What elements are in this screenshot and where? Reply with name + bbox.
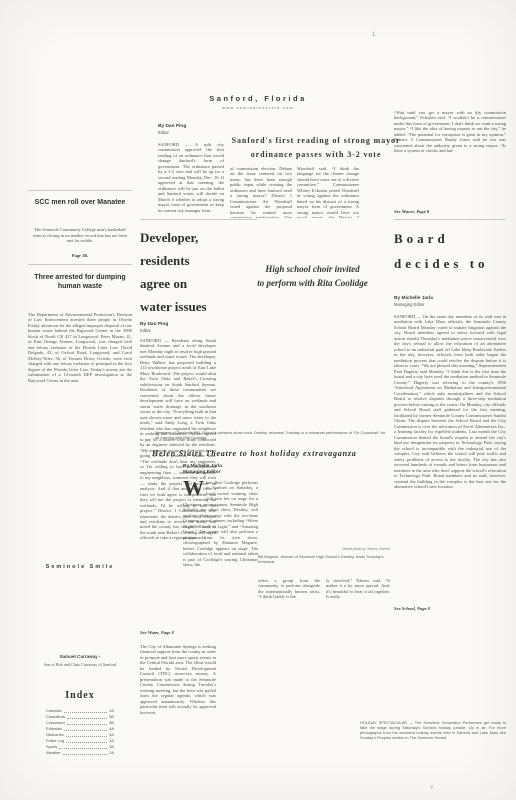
smile-photo-name: Samuel Carraway - bbox=[28, 654, 132, 659]
top-story-column-4: “Wait until you get a mayor with an iffy… bbox=[394, 110, 506, 206]
feature-drop-cap: W bbox=[183, 480, 206, 497]
board-byline-role: Managing Editor bbox=[394, 302, 484, 307]
index-dot-leader bbox=[64, 712, 107, 713]
board-body: SANFORD — On the same day members of its… bbox=[394, 314, 506, 602]
maguire-photo-caption: Bill Maguire, director of Seminole High … bbox=[258, 554, 390, 564]
index-entry-page: 2A bbox=[109, 750, 114, 756]
top-story-lead-column: SANFORD — A split city commission approv… bbox=[158, 142, 224, 218]
fold-mark: V bbox=[430, 786, 434, 791]
board-headline-line2: decides to bbox=[394, 251, 512, 276]
scc-blurb: The Seminole Community College men's bas… bbox=[32, 227, 128, 244]
feature-byline-block: By Michelle Jarla Managing Editor bbox=[183, 464, 263, 476]
index-dot-leader bbox=[66, 742, 107, 743]
index-dot-leader bbox=[67, 718, 107, 719]
developer-headline-line4: water issues bbox=[140, 295, 258, 318]
smile-photo-caption: Son of Bob and Chris Carraway of Sanford bbox=[40, 662, 120, 667]
feature-byline-role: Managing Editor bbox=[183, 470, 263, 476]
holiday-spectacular-caption: HOLIDAY SPECTACULAR — The Sunshine Gener… bbox=[360, 720, 506, 740]
waste-body: The Department of Environmental Protecti… bbox=[28, 312, 132, 462]
page-number: 1 bbox=[372, 32, 375, 38]
feature-body-column: When Rita Coolidge performs in Sanford o… bbox=[183, 480, 258, 666]
choir-invite-headline: High school choir invited to perform wit… bbox=[220, 262, 405, 290]
newspaper-page: 1 Sanford, Florida www.seminoleherald.co… bbox=[0, 0, 516, 800]
scc-headline: SCC men roll over Manatee bbox=[28, 199, 132, 208]
masthead: Sanford, Florida www.seminoleherald.com bbox=[0, 94, 516, 110]
index-dot-leader bbox=[59, 748, 107, 749]
board-headline-line1: Board bbox=[394, 226, 512, 251]
developer-byline-block: By Dan Ping Editor bbox=[140, 322, 220, 334]
photo-credit: Herald photo by Tommy Vincent bbox=[258, 547, 390, 551]
choir-invite-line1: High school choir invited bbox=[220, 262, 405, 276]
developer-headline-line1: Developer, bbox=[140, 226, 258, 249]
waste-headline: Three arrested for dumping human waste bbox=[30, 274, 130, 292]
index-entry-label: Weather bbox=[46, 750, 61, 756]
top-story-headline: Sanford's first reading of strong mayor … bbox=[214, 134, 418, 162]
masthead-location: Sanford, Florida bbox=[0, 94, 516, 103]
feature-continuation-column-1: select a group from the community to per… bbox=[258, 578, 320, 666]
developer-byline-role: Editor bbox=[140, 328, 220, 333]
index-dot-leader bbox=[63, 754, 108, 755]
seminole-smile-title: Seminole Smile bbox=[28, 564, 132, 570]
top-story-headline-line1: Sanford's first reading of strong mayor bbox=[214, 134, 418, 148]
divider-rule bbox=[28, 264, 132, 265]
index-title: Index bbox=[28, 690, 132, 701]
index-dot-leader bbox=[67, 724, 108, 725]
divider-rule bbox=[394, 219, 506, 220]
index-list: Calendar 2A Classifieds 5B Crossword 6B … bbox=[46, 708, 114, 756]
index-entry: Weather 2A bbox=[46, 750, 114, 756]
top-story-headline-line2: ordinance passes with 3-2 vote bbox=[214, 148, 418, 162]
index-dot-leader bbox=[66, 736, 108, 737]
top-story-column-3: Woodruff said. “I think the language for… bbox=[297, 166, 359, 218]
choir-photo-caption: Members of Sanford's PAL School's advanc… bbox=[155, 430, 387, 440]
index-dot-leader bbox=[64, 730, 107, 731]
feature-continuation-column-2: ly involved,” Nabors said. “It makes it … bbox=[326, 578, 390, 666]
divider-rule bbox=[28, 190, 132, 191]
board-byline-block: By Michelle Jarla Managing Editor bbox=[394, 296, 484, 308]
choir-invite-line2: to perform with Rita Coolidge bbox=[220, 276, 405, 290]
board-jump-line: See School, Page 8 bbox=[394, 606, 506, 611]
divider-rule bbox=[140, 219, 257, 220]
board-headline: Board decides to bbox=[394, 226, 512, 276]
scc-page-ref: Page 1B. bbox=[28, 253, 132, 258]
feature-headline: Helen Stairs Theatre to host holiday ext… bbox=[152, 449, 392, 458]
top-story-column-2: of commission election. Debate on the is… bbox=[230, 166, 292, 218]
top-story-jump-line: See Mayor, Page 8 bbox=[394, 209, 506, 214]
